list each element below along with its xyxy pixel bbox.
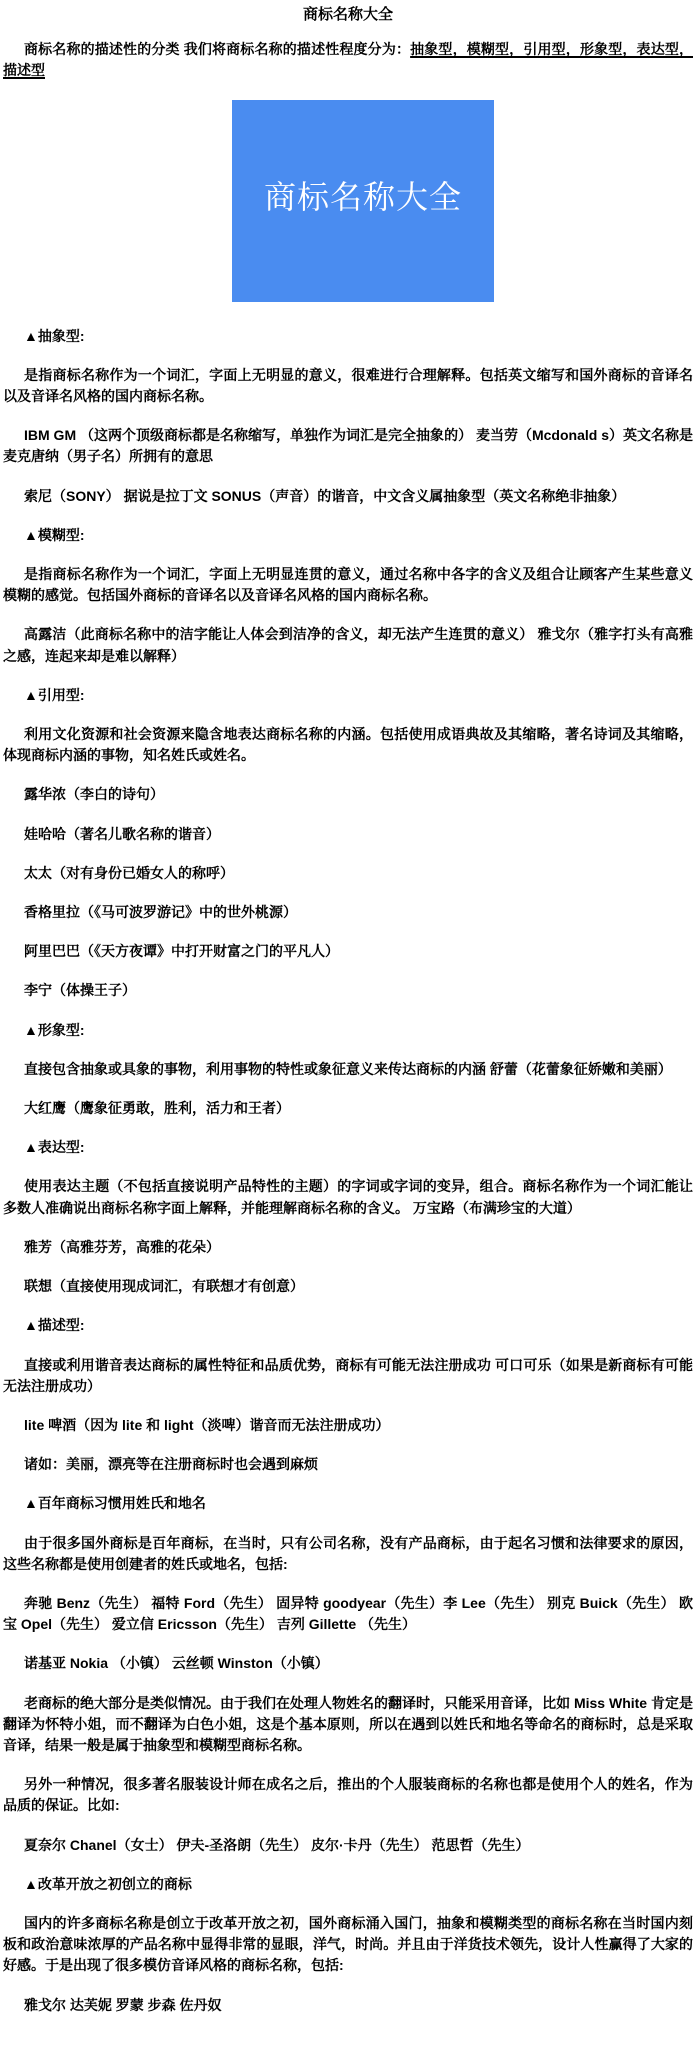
example-yafang: 雅芳（高雅芬芳，高雅的花朵） — [3, 1237, 693, 1258]
imagery-definition: 直接包含抽象或具象的事物，利用事物的特性或象征意义来传达商标的内涵 舒蕾（花蕾象… — [3, 1059, 693, 1080]
trademark-banner: 商标名称大全 — [232, 100, 494, 302]
century-town-brand-list: 诺基亚 Nokia （小镇） 云丝顿 Winston（小镇） — [3, 1653, 693, 1674]
example-lianxiang: 联想（直接使用现成词汇，有联想才有创意） — [3, 1276, 693, 1297]
banner-title-text: 商标名称大全 — [264, 181, 462, 213]
example-wahaha: 娃哈哈（著名儿歌名称的谐音） — [3, 824, 693, 845]
century-surname-brand-list: 奔驰 Benz（先生） 福特 Ford（先生） 固异特 goodyear（先生）… — [3, 1593, 693, 1635]
descriptive-definition: 直接或利用谐音表达商标的属性特征和品质优势，商标有可能无法注册成功 可口可乐（如… — [3, 1355, 693, 1397]
designer-brands-note: 另外一种情况，很多著名服装设计师在成名之后，推出的个人服装商标的名称也都是使用个… — [3, 1774, 693, 1816]
section-heading-descriptive: ▲描述型: — [3, 1315, 693, 1336]
reform-era-brand-list: 雅戈尔 达芙妮 罗蒙 步森 佐丹奴 — [3, 1995, 693, 2016]
intro-lead: 商标名称的描述性的分类 我们将商标名称的描述性程度分为： — [24, 41, 410, 57]
vague-examples: 高露洁（此商标名称中的洁字能让人体会到洁净的含义，却无法产生连贯的意义） 雅戈尔… — [3, 624, 693, 666]
example-alibaba: 阿里巴巴（《天方夜谭》中打开财富之门的平凡人） — [3, 941, 693, 962]
document-title: 商标名称大全 — [3, 4, 693, 25]
abstract-example-sony: 索尼（SONY） 据说是拉丁文 SONUS（声音）的谐音，中文含义属抽象型（英文… — [3, 486, 693, 507]
quotation-definition: 利用文化资源和社会资源来隐含地表达商标名称的内涵。包括使用成语典故及其缩略，著名… — [3, 724, 693, 766]
century-translation-note: 老商标的绝大部分是类似情况。由于我们在处理人物姓名的翻译时，只能采用音译，比如 … — [3, 1693, 693, 1757]
reform-era-definition: 国内的许多商标名称是创立于改革开放之初，国外商标涌入国门，抽象和模糊类型的商标名… — [3, 1913, 693, 1977]
section-heading-quotation: ▲引用型: — [3, 685, 693, 706]
section-heading-expressive: ▲表达型: — [3, 1137, 693, 1158]
example-taitai: 太太（对有身份已婚女人的称呼） — [3, 863, 693, 884]
designer-brand-list: 夏奈尔 Chanel（女士） 伊夫-圣洛朗（先生） 皮尔·卡丹（先生） 范思哲（… — [3, 1835, 693, 1856]
example-shangrila: 香格里拉（《马可波罗游记》中的世外桃源） — [3, 902, 693, 923]
section-heading-abstract: ▲抽象型: — [3, 326, 693, 347]
example-revlon: 露华浓（李白的诗句） — [3, 784, 693, 805]
section-heading-century-surnames: ▲百年商标习惯用姓氏和地名 — [3, 1493, 693, 1514]
vague-definition: 是指商标名称作为一个词汇，字面上无明显连贯的意义，通过名称中各字的含义及组合让顾… — [3, 564, 693, 606]
descriptive-registration-note: 诸如：美丽，漂亮等在注册商标时也会遇到麻烦 — [3, 1454, 693, 1475]
document-page: 商标名称大全 商标名称的描述性的分类 我们将商标名称的描述性程度分为：抽象型，模… — [0, 0, 696, 2060]
intro-paragraph: 商标名称的描述性的分类 我们将商标名称的描述性程度分为：抽象型，模糊型，引用型，… — [3, 39, 693, 81]
section-heading-vague: ▲模糊型: — [3, 525, 693, 546]
abstract-definition: 是指商标名称作为一个词汇，字面上无明显的意义，很难进行合理解释。包括英文缩写和国… — [3, 365, 693, 407]
abstract-example-ibm-mcdonalds: IBM GM （这两个顶级商标都是名称缩写，单独作为词汇是完全抽象的） 麦当劳（… — [3, 425, 693, 467]
expressive-definition: 使用表达主题（不包括直接说明产品特性的主题）的字词或字词的变异，组合。商标名称作… — [3, 1176, 693, 1218]
example-lining: 李宁（体操王子） — [3, 980, 693, 1001]
example-lite-beer: lite 啤酒（因为 lite 和 light（淡啤）谐音而无法注册成功） — [3, 1415, 693, 1436]
example-dahongying: 大红鹰（鹰象征勇敢，胜利，活力和王者） — [3, 1098, 693, 1119]
section-heading-reform-era: ▲改革开放之初创立的商标 — [3, 1874, 693, 1895]
section-heading-imagery: ▲形象型: — [3, 1020, 693, 1041]
century-definition: 由于很多国外商标是百年商标，在当时，只有公司名称，没有产品商标，由于起名习惯和法… — [3, 1533, 693, 1575]
